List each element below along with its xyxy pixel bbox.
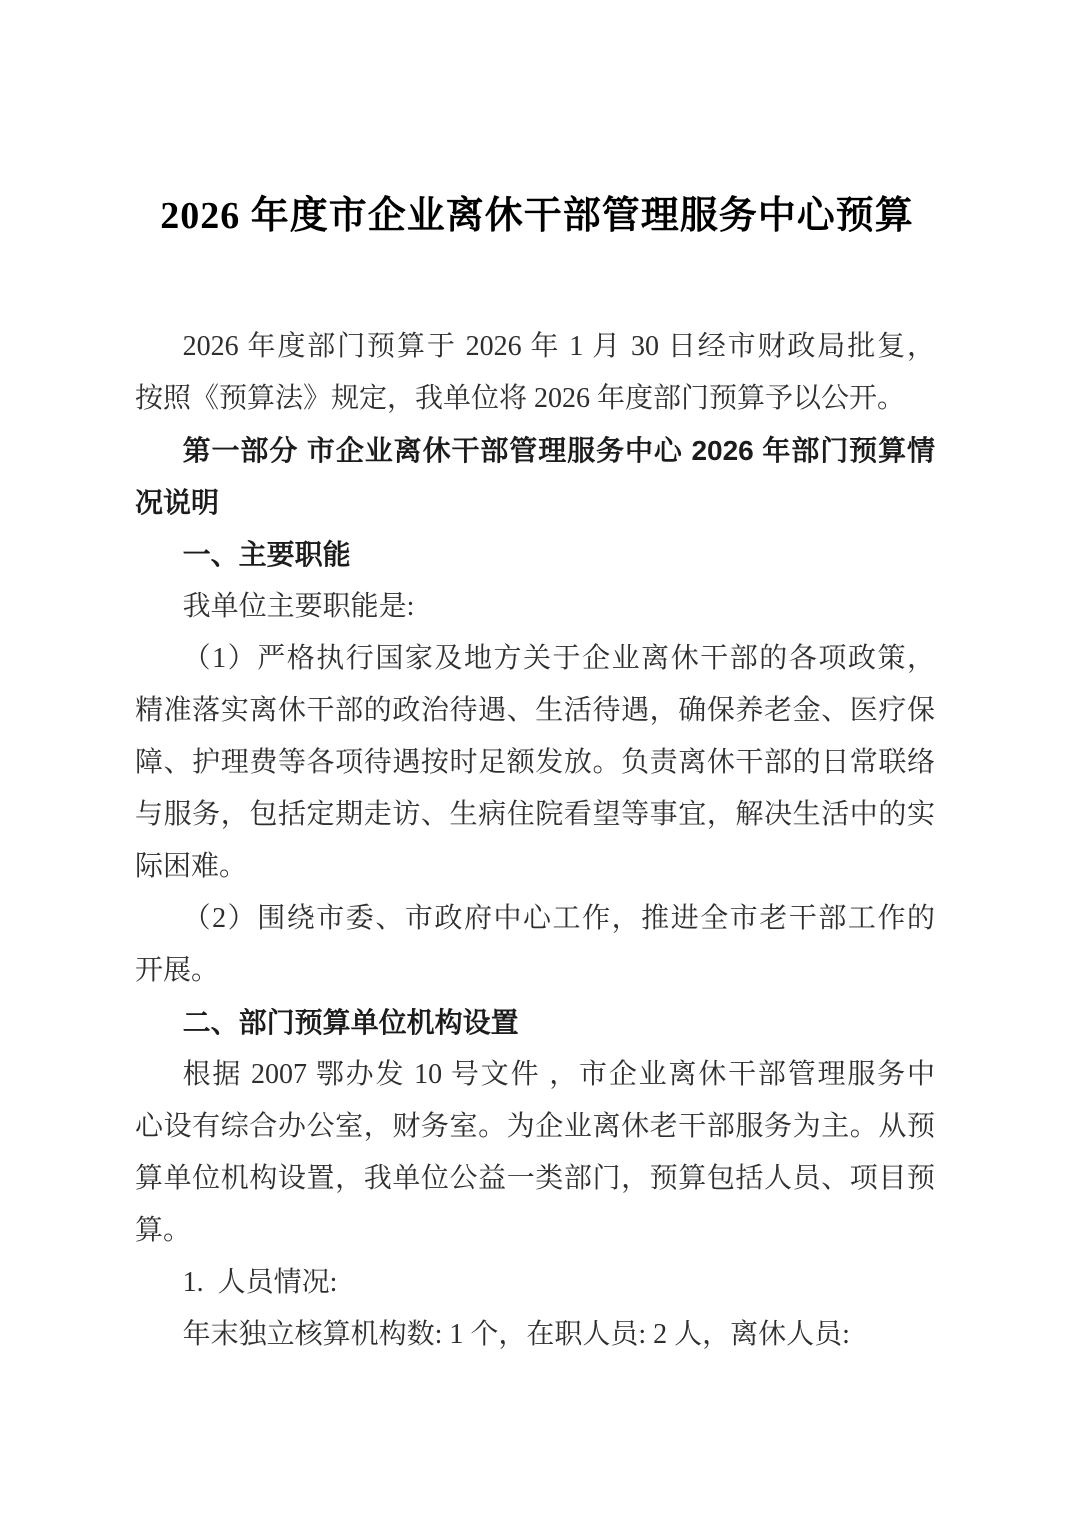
document-line: 年末独立核算机构数: 1 个，在职人员: 2 人，离休人员: — [135, 1309, 935, 1361]
document-line: 精准落实离休干部的政治待遇、生活待遇，确保养老金、医疗保 — [135, 685, 935, 737]
document-line: 开展。 — [135, 945, 935, 997]
document-line: 心设有综合办公室，财务室。为企业离休老干部服务为主。从预 — [135, 1101, 935, 1153]
document-line: 二、部门预算单位机构设置 — [135, 997, 935, 1049]
document-line: 按照《预算法》规定，我单位将 2026 年度部门预算予以公开。 — [135, 373, 935, 425]
document-line: 算。 — [135, 1205, 935, 1257]
document-line: （2）围绕市委、市政府中心工作，推进全市老干部工作的 — [135, 893, 935, 945]
document-line: 与服务，包括定期走访、生病住院看望等事宜，解决生活中的实 — [135, 789, 935, 841]
document-line: 2026 年度部门预算于 2026 年 1 月 30 日经市财政局批复， — [135, 321, 935, 373]
document-line: （1）严格执行国家及地方关于企业离休干部的各项政策， — [135, 633, 935, 685]
document-line: 际困难。 — [135, 841, 935, 893]
document-line: 第一部分 市企业离休干部管理服务中心 2026 年部门预算情 — [135, 425, 935, 477]
document-line: 我单位主要职能是: — [135, 581, 935, 633]
document-body: 2026 年度部门预算于 2026 年 1 月 30 日经市财政局批复，按照《预… — [135, 321, 935, 1361]
document-line: 根据 2007 鄂办发 10 号文件 ，市企业离休干部管理服务中 — [135, 1049, 935, 1101]
document-title: 2026 年度市企业离休干部管理服务中心预算 — [135, 186, 939, 246]
document-line: 况说明 — [135, 477, 935, 529]
document-line: 一、主要职能 — [135, 529, 935, 581]
document-line: 算单位机构设置，我单位公益一类部门，预算包括人员、项目预 — [135, 1153, 935, 1205]
document-page: 2026 年度市企业离休干部管理服务中心预算 2026 年度部门预算于 2026… — [0, 0, 1074, 1520]
document-line: 障、护理费等各项待遇按时足额发放。负责离休干部的日常联络 — [135, 737, 935, 789]
document-line: 1. 人员情况: — [135, 1257, 935, 1309]
